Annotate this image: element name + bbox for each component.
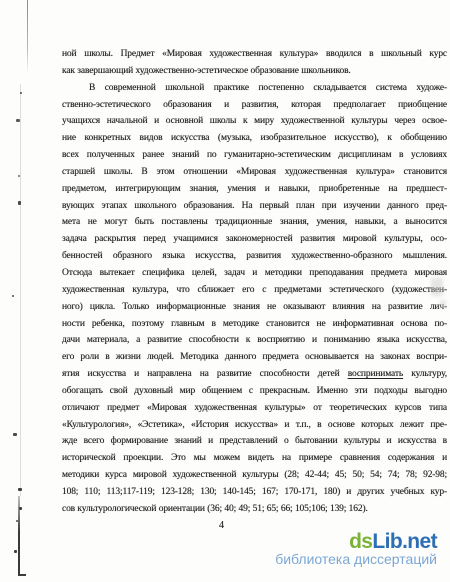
- text-line: старшей школы. В этом отношении «Мировая…: [62, 164, 447, 181]
- text-line: методики курса мировой художественной ку…: [62, 467, 447, 484]
- text-line: обогащать свой духовный мир общением с п…: [62, 383, 447, 400]
- scan-fold-line-bottom: [18, 496, 20, 576]
- text-line: как завершающий художественно-эстетическ…: [62, 63, 447, 80]
- text-line: ственно-эстетического образования и разв…: [62, 97, 447, 114]
- text-line: ние конкретных видов искусства (музыка, …: [62, 130, 447, 147]
- dslib-logo-ds: ds: [349, 530, 372, 553]
- text-line: ной школы. Предмет «Мировая художественн…: [62, 46, 447, 63]
- scan-speck: [18, 488, 22, 491]
- scan-speck: [19, 507, 22, 510]
- text-line: В современной школьной практике постепен…: [62, 80, 447, 97]
- text-line: бенностей образного языка искусства, раз…: [62, 248, 447, 265]
- text-line: исторической проекции. Это мы можем виде…: [62, 450, 447, 467]
- dslib-watermark: dsLib.net библиотека диссертаций: [275, 531, 437, 567]
- text-line: всех полученных ранее знаний по гуманита…: [62, 147, 447, 164]
- text-line: задача раскрытия перед учащимися законом…: [62, 231, 447, 248]
- text-line: учащихся начальной и основной школы к ми…: [62, 113, 447, 130]
- text-line: отличают предмет «Мировая художественная…: [62, 400, 447, 417]
- scan-fold-line-top: [27, 0, 29, 74]
- dslib-logo: dsLib.net: [275, 531, 437, 552]
- scan-speck: [18, 201, 21, 205]
- dslib-tagline: библиотека диссертаций: [275, 552, 437, 567]
- text-line: мета не могут быть поставлены традиционн…: [62, 214, 447, 231]
- text-line: его роли в жизни людей. Методика данного…: [62, 349, 447, 366]
- scan-speck: [13, 433, 17, 436]
- dslib-logo-libnet: Lib.net: [372, 530, 437, 553]
- text-line: ятия искусства и направлена на развитие …: [62, 366, 447, 383]
- scan-fold-line-middle: [20, 84, 21, 496]
- text-line: ного) цикла. Только информационные знани…: [62, 299, 447, 316]
- text-line: ности ребенка, поэтому главным в методик…: [62, 316, 447, 333]
- scan-speck: [18, 175, 20, 177]
- text-line: сов культурологической ориентации (36; 4…: [62, 501, 447, 518]
- text-block: ной школы. Предмет «Мировая художественн…: [62, 46, 447, 518]
- text-line: вующих этапах школьного образования. На …: [62, 198, 447, 215]
- scan-speck: [12, 295, 14, 297]
- scanned-document-page: ной школы. Предмет «Мировая художественн…: [0, 0, 450, 582]
- scan-speck: [14, 550, 17, 553]
- text-line: жде всего формирование знаний и представ…: [62, 433, 447, 450]
- scan-speck: [20, 92, 22, 94]
- text-line: «Культурология», «Эстетика», «История ис…: [62, 417, 447, 434]
- text-line: 108; 110; 113;117-119; 123-128; 130; 140…: [62, 484, 447, 501]
- scan-speck: [16, 119, 20, 122]
- text-line: Отсюда вытекает специфика целей, задач и…: [62, 265, 447, 282]
- text-line: предметом, интегрирующим знания, умения …: [62, 181, 447, 198]
- underlined-word: воспринимать: [348, 369, 403, 379]
- text-line: дачи материала, а развитие способности к…: [62, 332, 447, 349]
- scan-fold-line-foot: [18, 574, 26, 576]
- text-line: художественная культура, что сближает ег…: [62, 282, 447, 299]
